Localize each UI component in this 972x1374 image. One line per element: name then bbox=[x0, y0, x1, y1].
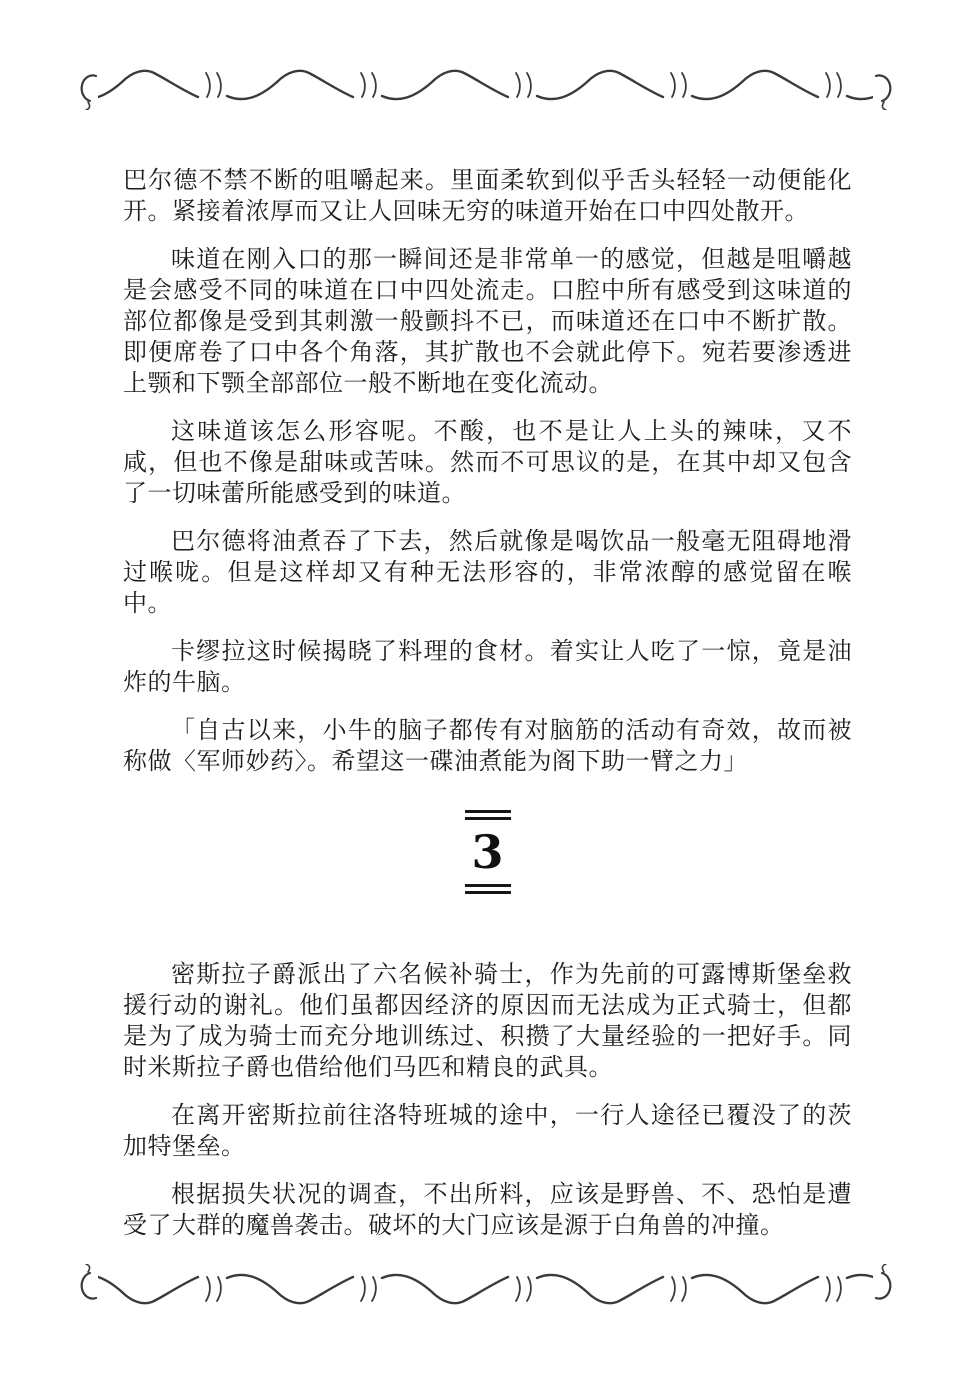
paragraph: 巴尔德将油煮吞了下去，然后就像是喝饮品一般毫无阻碍地滑过喉咙。但是这样却又有种无… bbox=[123, 527, 852, 620]
paragraph: 卡缪拉这时候揭晓了料理的食材。着实让人吃了一惊，竟是油炸的牛脑。 bbox=[123, 637, 852, 699]
paragraph: 这味道该怎么形容呢。不酸，也不是让人上头的辣味，又不咸，但也不像是甜味或苦味。然… bbox=[123, 417, 852, 510]
chapter-heading: 3 bbox=[465, 810, 511, 894]
chapter-number: 3 bbox=[465, 820, 511, 884]
flourish-border-top-icon bbox=[70, 58, 902, 110]
chapter-rule-bottom bbox=[465, 884, 511, 894]
paragraph: 密斯拉子爵派出了六名候补骑士，作为先前的可露博斯堡垒救援行动的谢礼。他们虽都因经… bbox=[123, 960, 852, 1084]
paragraph: 味道在刚入口的那一瞬间还是非常单一的感觉，但越是咀嚼越是会感受不同的味道在口中四… bbox=[123, 245, 852, 400]
paragraph-dialogue: 「自古以来，小牛的脑子都传有对脑筋的活动有奇效，故而被称做〈军师妙药〉。希望这一… bbox=[123, 716, 852, 778]
paragraph: 根据损失状况的调查，不出所料，应该是野兽、不、恐怕是遭受了大群的魔兽袭击。破坏的… bbox=[123, 1180, 852, 1242]
page-content: 巴尔德不禁不断的咀嚼起来。里面柔软到似乎舌头轻轻一动便能化开。紧接着浓厚而又让人… bbox=[123, 166, 852, 1259]
paragraph: 在离开密斯拉前往洛特班城的途中，一行人途径已覆没了的茨加特堡垒。 bbox=[123, 1101, 852, 1163]
chapter-rule-top bbox=[465, 810, 511, 820]
flourish-border-bottom-icon bbox=[70, 1264, 902, 1316]
paragraph: 巴尔德不禁不断的咀嚼起来。里面柔软到似乎舌头轻轻一动便能化开。紧接着浓厚而又让人… bbox=[123, 166, 852, 228]
